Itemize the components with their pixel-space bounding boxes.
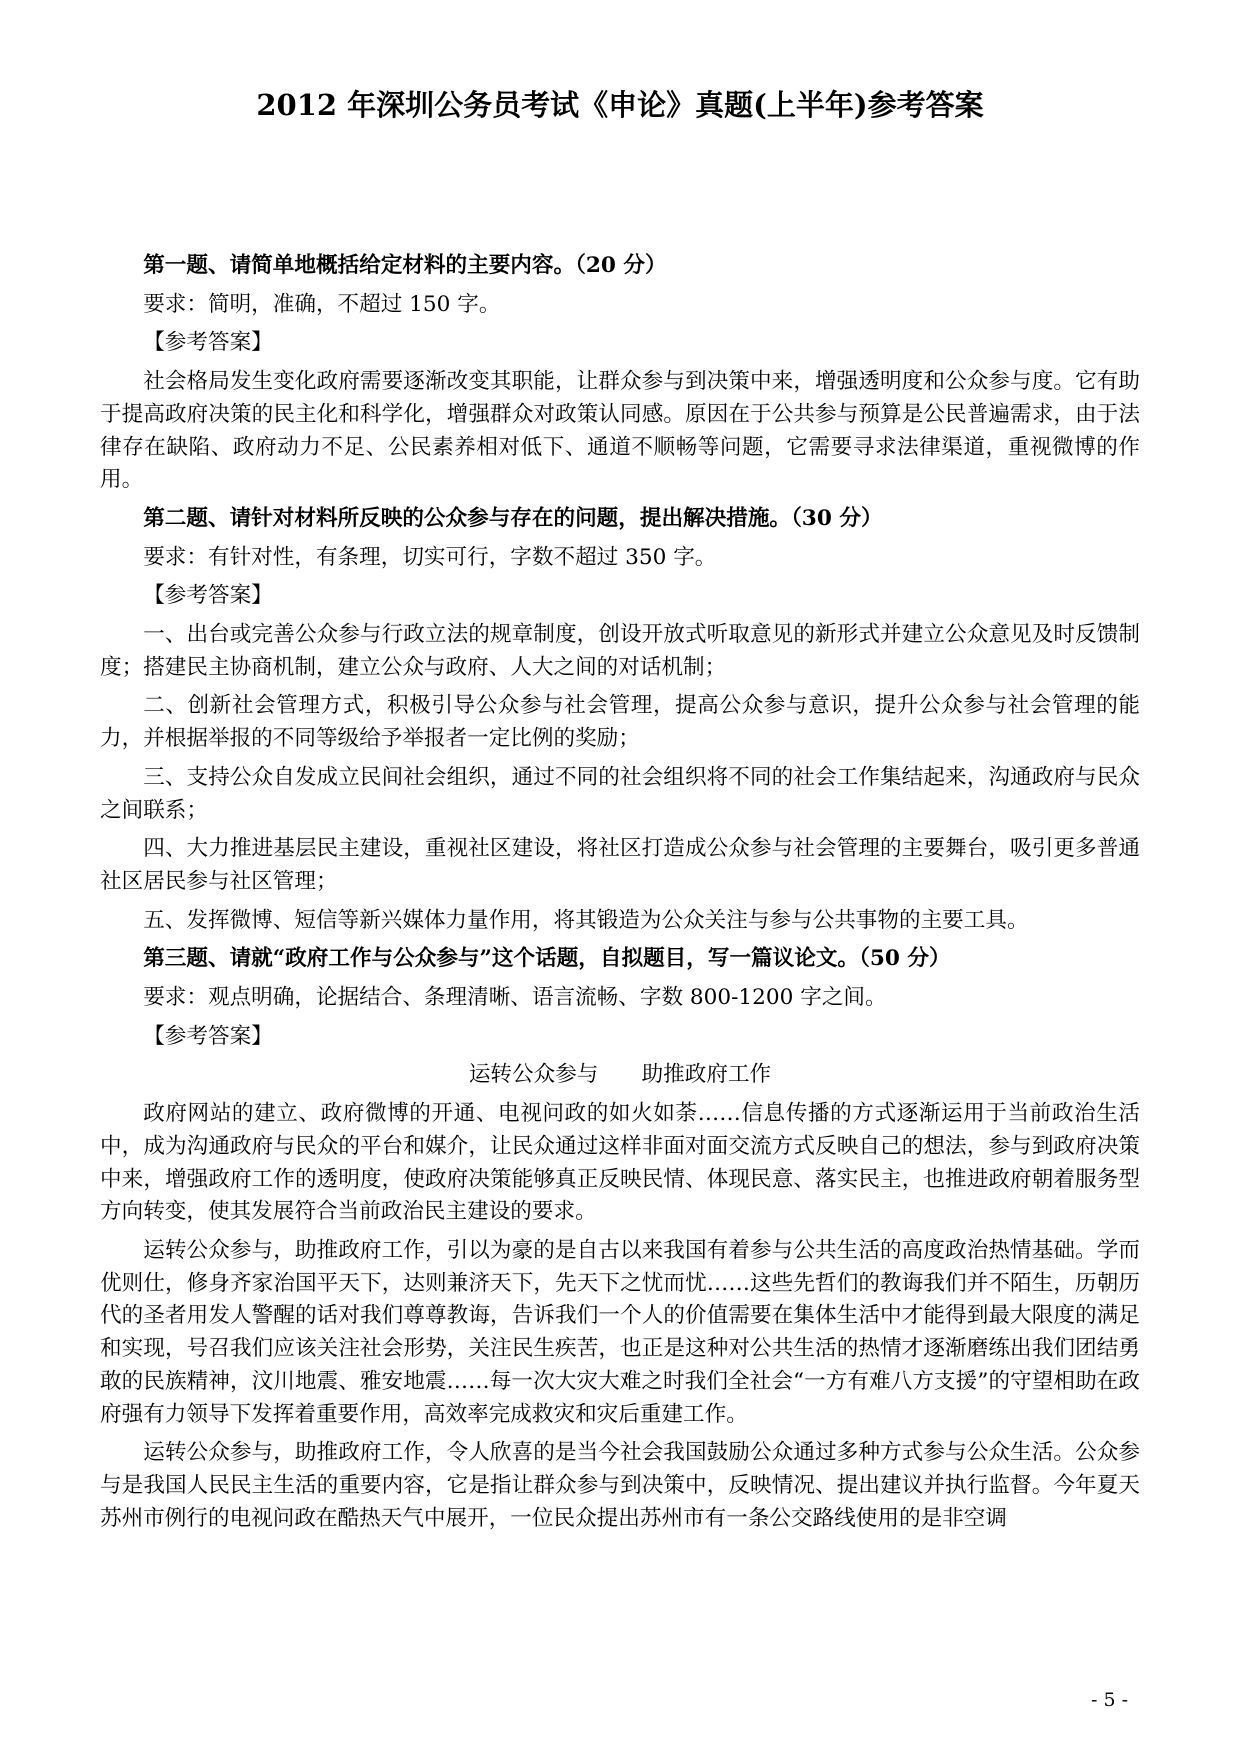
question-1-requirement: 要求：简明，准确，不超过 150 字。 [100, 289, 1140, 322]
essay-paragraph-3: 运转公众参与，助推政府工作，令人欣喜的是当今社会我国鼓励公众通过多种方式参与公众… [100, 1437, 1140, 1535]
question-2-measure-5: 五、发挥微博、短信等新兴媒体力量作用，将其锻造为公众关注与参与公共事物的主要工具… [100, 905, 1140, 938]
question-2-measure-3: 三、支持公众自发成立民间社会组织，通过不同的社会组织将不同的社会工作集结起来，沟… [100, 762, 1140, 827]
question-1-answer-label: 【参考答案】 [100, 327, 1140, 360]
document-page: 2012 年深圳公务员考试《申论》真题(上半年)参考答案 第一题、请简单地概括给… [0, 0, 1240, 1754]
question-2-heading: 第二题、请针对材料所反映的公众参与存在的问题，提出解决措施。（30 分） [100, 503, 1140, 536]
question-1-answer-paragraph: 社会格局发生变化政府需要逐渐改变其职能，让群众参与到决策中来，增强透明度和公众参… [100, 366, 1140, 497]
question-3-requirement: 要求：观点明确，论据结合、条理清晰、语言流畅、字数 800-1200 字之间。 [100, 982, 1140, 1015]
section-question-3: 第三题、请就“政府工作与公众参与”这个话题，自拟题目，写一篇议论文。（50 分）… [100, 943, 1140, 1535]
question-2-measure-4: 四、大力推进基层民主建设，重视社区建设，将社区打造成公众参与社会管理的主要舞台，… [100, 833, 1140, 898]
section-question-1: 第一题、请简单地概括给定材料的主要内容。（20 分） 要求：简明，准确，不超过 … [100, 250, 1140, 497]
question-1-heading: 第一题、请简单地概括给定材料的主要内容。（20 分） [100, 250, 1140, 283]
question-2-answer-label: 【参考答案】 [100, 580, 1140, 613]
essay-paragraph-1: 政府网站的建立、政府微博的开通、电视问政的如火如荼……信息传播的方式逐渐运用于当… [100, 1098, 1140, 1229]
question-2-measure-1: 一、出台或完善公众参与行政立法的规章制度，创设开放式听取意见的新形式并建立公众意… [100, 619, 1140, 684]
question-3-heading: 第三题、请就“政府工作与公众参与”这个话题，自拟题目，写一篇议论文。（50 分） [100, 943, 1140, 976]
question-2-measure-2: 二、创新社会管理方式，积极引导公众参与社会管理，提高公众参与意识，提升公众参与社… [100, 690, 1140, 755]
question-2-requirement: 要求：有针对性，有条理，切实可行，字数不超过 350 字。 [100, 542, 1140, 575]
essay-paragraph-2: 运转公众参与，助推政府工作，引以为豪的是自古以来我国有着参与公共生活的高度政治热… [100, 1235, 1140, 1431]
essay-title: 运转公众参与 助推政府工作 [100, 1059, 1140, 1092]
section-question-2: 第二题、请针对材料所反映的公众参与存在的问题，提出解决措施。（30 分） 要求：… [100, 503, 1140, 937]
document-title: 2012 年深圳公务员考试《申论》真题(上半年)参考答案 [100, 86, 1140, 124]
page-number: - 5 - [1091, 1688, 1128, 1712]
question-3-answer-label: 【参考答案】 [100, 1021, 1140, 1054]
